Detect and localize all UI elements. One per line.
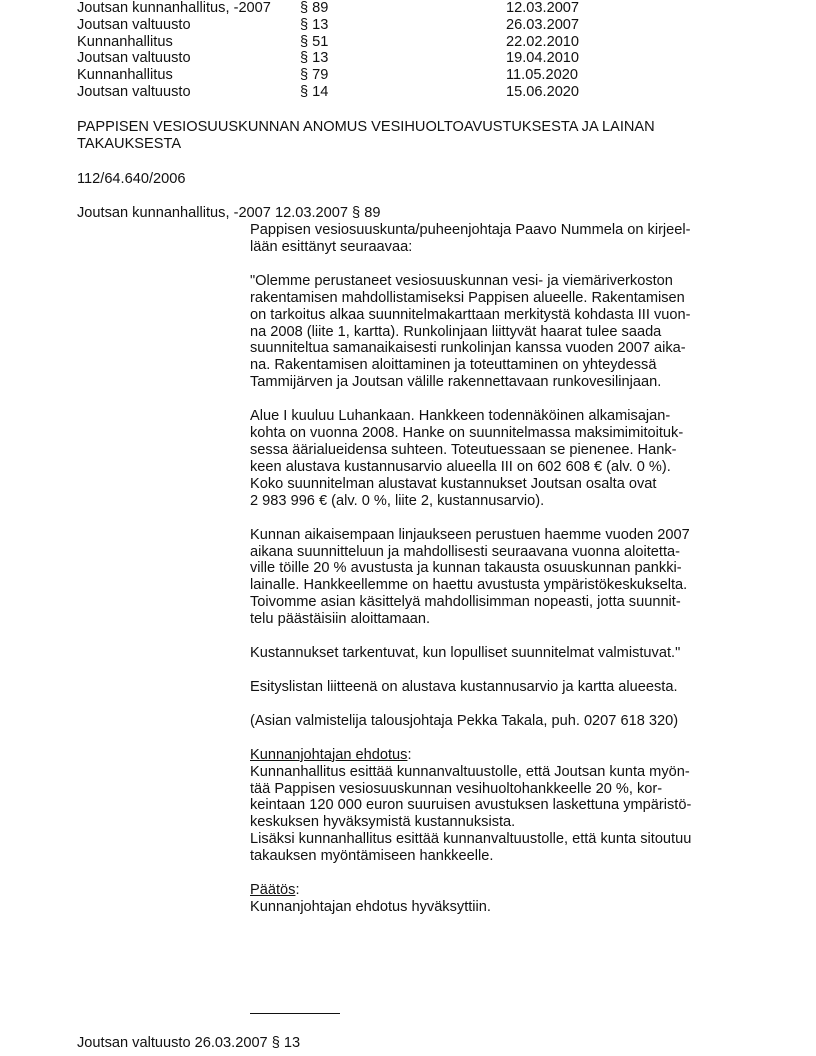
decision-label: Päätös [250, 882, 295, 898]
body-cell: Joutsan valtuusto [77, 17, 191, 34]
section-cell: § 14 [300, 84, 328, 101]
quote-paragraph-1: "Olemme perustaneet vesiosuuskunnan vesi… [250, 273, 750, 391]
section-cell: § 13 [300, 50, 328, 67]
body-cell: Joutsan valtuusto [77, 84, 191, 101]
title-line-2: TAKAUKSESTA [77, 136, 655, 153]
date-cell: 22.02.2010 [506, 34, 579, 51]
proposal-heading: Kunnanjohtajan ehdotus: [250, 747, 750, 764]
body-cell: Joutsan kunnanhallitus, -2007 [77, 0, 271, 17]
table-row: Joutsan valtuusto § 14 15.06.2020 [0, 84, 816, 101]
meeting-heading: Joutsan kunnanhallitus, -2007 12.03.2007… [77, 205, 380, 222]
date-cell: 11.05.2020 [506, 67, 578, 84]
date-cell: 19.04.2010 [506, 50, 579, 67]
decision-heading: Päätös: [250, 882, 750, 899]
body-cell: Joutsan valtuusto [77, 50, 191, 67]
proposal-label: Kunnanjohtajan ehdotus [250, 747, 407, 763]
section-divider [250, 1013, 340, 1014]
section-cell: § 51 [300, 34, 328, 51]
section-cell: § 89 [300, 0, 328, 17]
body-cell: Kunnanhallitus [77, 67, 173, 84]
table-row: Kunnanhallitus § 79 11.05.2020 [0, 67, 816, 84]
table-row: Joutsan kunnanhallitus, -2007 § 89 12.03… [0, 0, 816, 17]
title-line-1: PAPPISEN VESIOSUUSKUNNAN ANOMUS VESIHUOL… [77, 119, 655, 136]
date-cell: 15.06.2020 [506, 84, 579, 101]
table-row: Joutsan valtuusto § 13 26.03.2007 [0, 17, 816, 34]
decision-text: Kunnanjohtajan ehdotus hyväksyttiin. [250, 899, 750, 916]
table-row: Kunnanhallitus § 51 22.02.2010 [0, 34, 816, 51]
quote-paragraph-4: Kustannukset tarkentuvat, kun lopulliset… [250, 645, 750, 662]
proposal-text: Kunnanhallitus esittää kunnanvaltuustoll… [250, 764, 750, 865]
reference-number: 112/64.640/2006 [77, 171, 185, 188]
table-row: Joutsan valtuusto § 13 19.04.2010 [0, 50, 816, 67]
section-cell: § 79 [300, 67, 328, 84]
quote-paragraph-3: Kunnan aikaisempaan linjaukseen perustue… [250, 527, 750, 628]
body-cell: Kunnanhallitus [77, 34, 173, 51]
attachments-paragraph: Esityslistan liitteenä on alustava kusta… [250, 679, 750, 696]
date-cell: 12.03.2007 [506, 0, 579, 17]
intro-paragraph: Pappisen vesiosuuskunta/puheenjohtaja Pa… [250, 222, 750, 256]
document-title: PAPPISEN VESIOSUUSKUNNAN ANOMUS VESIHUOL… [77, 119, 655, 153]
date-cell: 26.03.2007 [506, 17, 579, 34]
section-cell: § 13 [300, 17, 328, 34]
quote-paragraph-2: Alue I kuuluu Luhankaan. Hankkeen todenn… [250, 408, 750, 509]
document-body: Pappisen vesiosuuskunta/puheenjohtaja Pa… [250, 222, 750, 916]
next-meeting-heading: Joutsan valtuusto 26.03.2007 § 13 [77, 1035, 300, 1052]
preparer-paragraph: (Asian valmistelija talousjohtaja Pekka … [250, 713, 750, 730]
